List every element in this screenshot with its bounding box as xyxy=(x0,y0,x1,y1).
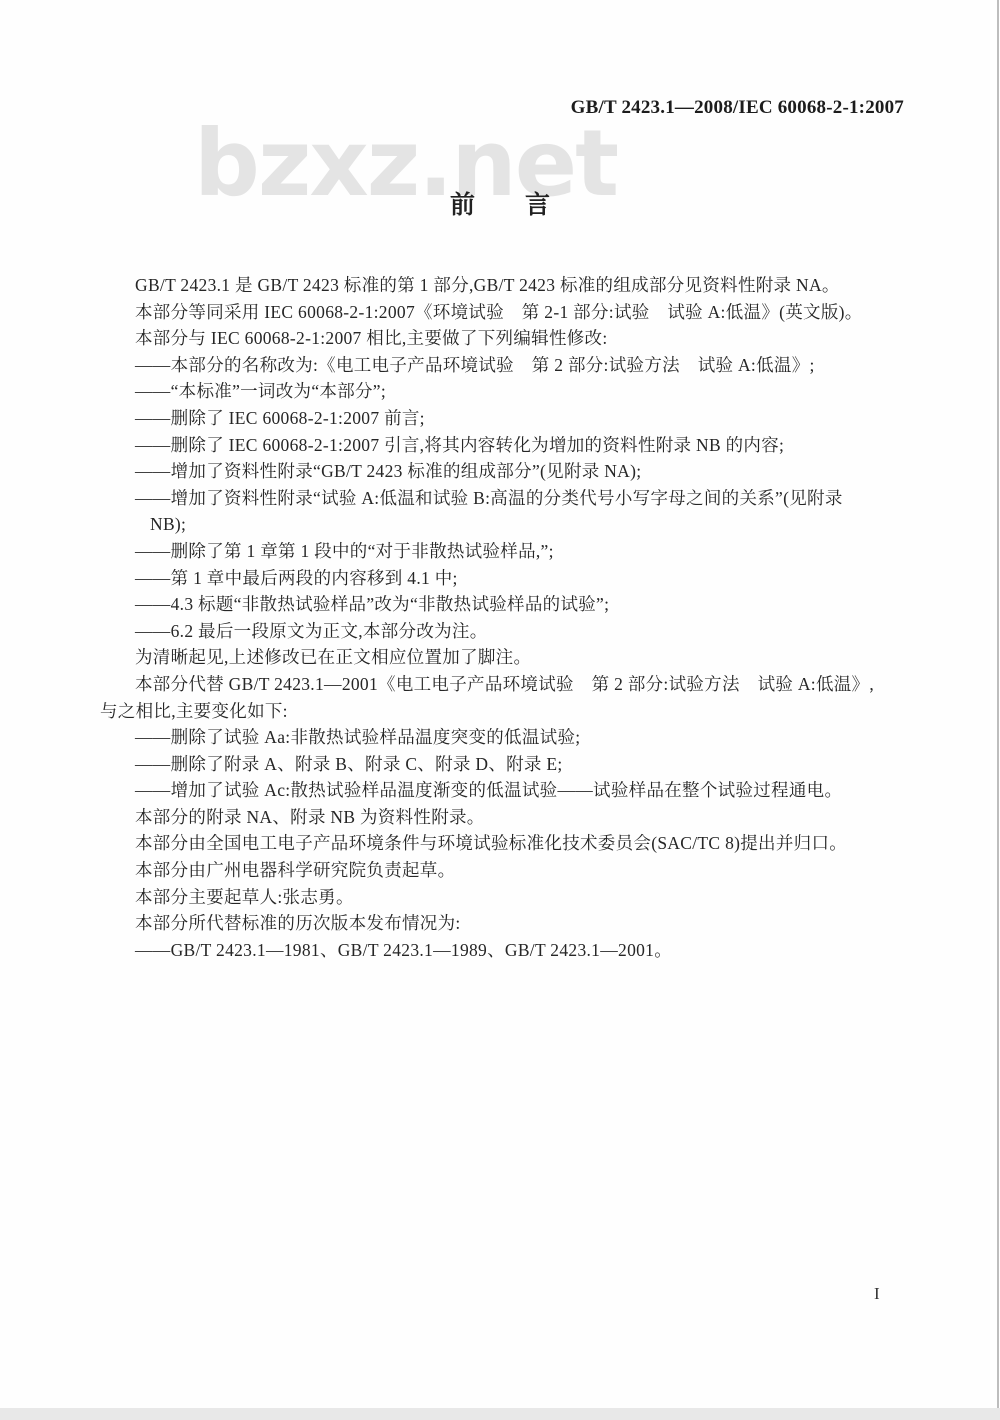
page-number: I xyxy=(874,1284,880,1304)
text-line: ——4.3 标题“非散热试验样品”改为“非散热试验样品的试验”; xyxy=(100,591,906,618)
text-line: 本部分的附录 NA、附录 NB 为资料性附录。 xyxy=(100,804,906,831)
text-line: ——增加了资料性附录“GB/T 2423 标准的组成部分”(见附录 NA); xyxy=(100,458,906,485)
text-line: ——本部分的名称改为:《电工电子产品环境试验 第 2 部分:试验方法 试验 A:… xyxy=(100,352,906,379)
text-line: ——增加了资料性附录“试验 A:低温和试验 B:高温的分类代号小写字母之间的关系… xyxy=(100,485,906,512)
text-line: 本部分所代替标准的历次版本发布情况为: xyxy=(100,910,906,937)
text-line: ——删除了 IEC 60068-2-1:2007 引言,将其内容转化为增加的资料… xyxy=(100,432,906,459)
text-line: ——“本标准”一词改为“本部分”; xyxy=(100,378,906,405)
text-line: ——删除了第 1 章第 1 段中的“对于非散热试验样品,”; xyxy=(100,538,906,565)
page-title: 前 言 xyxy=(0,185,1000,221)
standard-number-header: GB/T 2423.1—2008/IEC 60068-2-1:2007 xyxy=(571,97,904,119)
text-line: ——删除了试验 Aa:非散热试验样品温度突变的低温试验; xyxy=(100,724,906,751)
text-line: 本部分主要起草人:张志勇。 xyxy=(100,884,906,911)
text-line: ——删除了 IEC 60068-2-1:2007 前言; xyxy=(100,405,906,432)
document-page: GB/T 2423.1—2008/IEC 60068-2-1:2007 bzxz… xyxy=(0,0,1000,1420)
text-line: 本部分由全国电工电子产品环境条件与环境试验标准化技术委员会(SAC/TC 8)提… xyxy=(100,830,906,857)
text-line: 为清晰起见,上述修改已在正文相应位置加了脚注。 xyxy=(100,644,906,671)
foreword-body: GB/T 2423.1 是 GB/T 2423 标准的第 1 部分,GB/T 2… xyxy=(100,272,906,963)
text-line: 与之相比,主要变化如下: xyxy=(100,698,906,725)
text-line: GB/T 2423.1 是 GB/T 2423 标准的第 1 部分,GB/T 2… xyxy=(100,272,906,299)
text-line: 本部分等同采用 IEC 60068-2-1:2007《环境试验 第 2-1 部分… xyxy=(100,299,906,326)
text-line: ——GB/T 2423.1—1981、GB/T 2423.1—1989、GB/T… xyxy=(100,937,906,964)
text-line: 本部分代替 GB/T 2423.1—2001《电工电子产品环境试验 第 2 部分… xyxy=(100,671,906,698)
text-line: 本部分与 IEC 60068-2-1:2007 相比,主要做了下列编辑性修改: xyxy=(100,325,906,352)
text-line: ——6.2 最后一段原文为正文,本部分改为注。 xyxy=(100,618,906,645)
text-line: ——删除了附录 A、附录 B、附录 C、附录 D、附录 E; xyxy=(100,751,906,778)
text-line: ——增加了试验 Ac:散热试验样品温度渐变的低温试验——试验样品在整个试验过程通… xyxy=(100,777,906,804)
scan-bottom-edge xyxy=(0,1408,1000,1420)
text-line: NB); xyxy=(100,511,906,538)
text-line: ——第 1 章中最后两段的内容移到 4.1 中; xyxy=(100,565,906,592)
text-line: 本部分由广州电器科学研究院负责起草。 xyxy=(100,857,906,884)
